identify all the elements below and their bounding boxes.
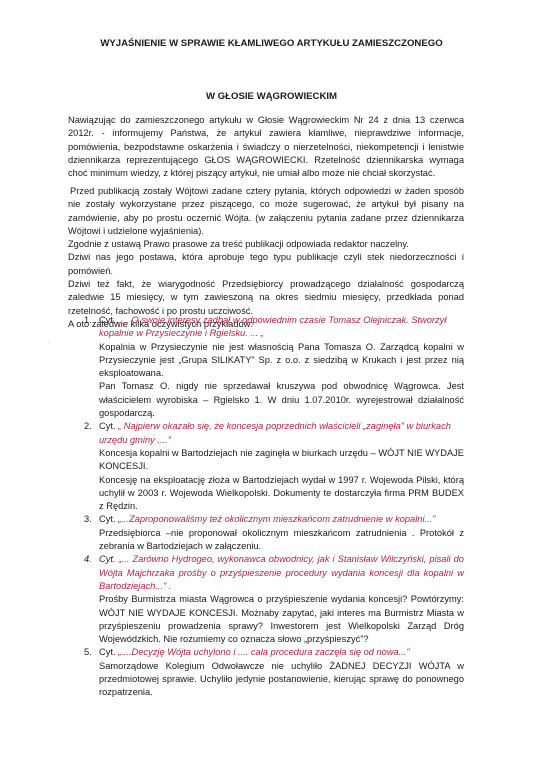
- cite-label: Cyt.: [99, 421, 116, 431]
- quote-text: „... O swoje interesy zadbał w odpowiedn…: [99, 315, 446, 338]
- response-text: Koncesja kopalni w Bartodziejach nie zag…: [99, 447, 464, 474]
- example-item-3: 3. Cyt. „...Zaproponowaliśmy też okolicz…: [68, 513, 464, 553]
- example-item-1: 1. Cyt. „... O swoje interesy zadbał w o…: [68, 314, 464, 420]
- response-text: Przedsiębiorca –nie proponował okoliczny…: [99, 527, 464, 554]
- scan-speck: ·: [47, 338, 50, 347]
- item-number: 5.: [84, 646, 92, 659]
- response-text: Prośby Burmistrza miasta Wągrowca o przy…: [99, 593, 464, 646]
- response-text: Kopalnia w Przysieczynie nie jest własno…: [99, 341, 464, 381]
- item-number: 1.: [84, 314, 92, 327]
- paragraph-block-2: Przed publikacją zostały Wójtowi zadane …: [68, 185, 464, 331]
- cite-label: Cyt.: [99, 554, 116, 564]
- item-number: 4.: [84, 553, 92, 566]
- example-item-5: 5. Cyt. „....Decyzję Wójta uchylono i ..…: [68, 646, 464, 699]
- item-number: 2.: [84, 420, 92, 433]
- document-title-line2: W GŁOSIE WĄGROWIECKIM: [0, 91, 543, 102]
- document-title-line1: WYJAŚNIENIE W SPRAWIE KŁAMLIWEGO ARTYKUŁ…: [0, 38, 543, 49]
- example-item-2: 2. Cyt. „ Najpierw okazało się, że konce…: [68, 420, 464, 513]
- response-text: Koncesję na eksploatację złoża w Bartodz…: [99, 474, 464, 514]
- paragraph-credibility: Dziwi też fakt, że wiarygodność Przedsię…: [68, 278, 464, 318]
- cite-label: Cyt.: [99, 647, 116, 657]
- quote-text: „...Zaproponowaliśmy też okolicznym mies…: [118, 514, 435, 524]
- item-number: 3.: [84, 513, 92, 526]
- example-item-4: 4. Cyt. „... Zarówno Hydrogeo, wykonawca…: [68, 553, 464, 646]
- intro-paragraph: Nawiązując do zamieszczonego artykułu w …: [68, 114, 464, 180]
- paragraph-press-law: Zgodnie z ustawą Prawo prasowe za treść …: [68, 238, 464, 251]
- response-text: Pan Tomasz O. nigdy nie sprzedawał krusz…: [99, 380, 464, 420]
- intro-text: Nawiązując do zamieszczonego artykułu w …: [68, 114, 464, 180]
- quote-text: „ Najpierw okazało się, że koncesja popr…: [99, 421, 451, 444]
- document-page: WYJAŚNIENIE W SPRAWIE KŁAMLIWEGO ARTYKUŁ…: [0, 0, 543, 768]
- cite-label: Cyt.: [99, 315, 116, 325]
- examples-list: 1. Cyt. „... O swoje interesy zadbał w o…: [68, 314, 464, 700]
- quote-text: „... Zarówno Hydrogeo, wykonawca obwodni…: [99, 554, 464, 591]
- cite-label: Cyt.: [99, 514, 116, 524]
- response-text: Samorządowe Kolegium Odwoławcze nie uchy…: [99, 660, 464, 700]
- quote-text: „....Decyzję Wójta uchylono i .... cała …: [118, 647, 409, 657]
- paragraph-editor-stance: Dziwi nas jego postawa, która aprobuje t…: [68, 251, 464, 278]
- paragraph-questions: Przed publikacją zostały Wójtowi zadane …: [68, 185, 464, 238]
